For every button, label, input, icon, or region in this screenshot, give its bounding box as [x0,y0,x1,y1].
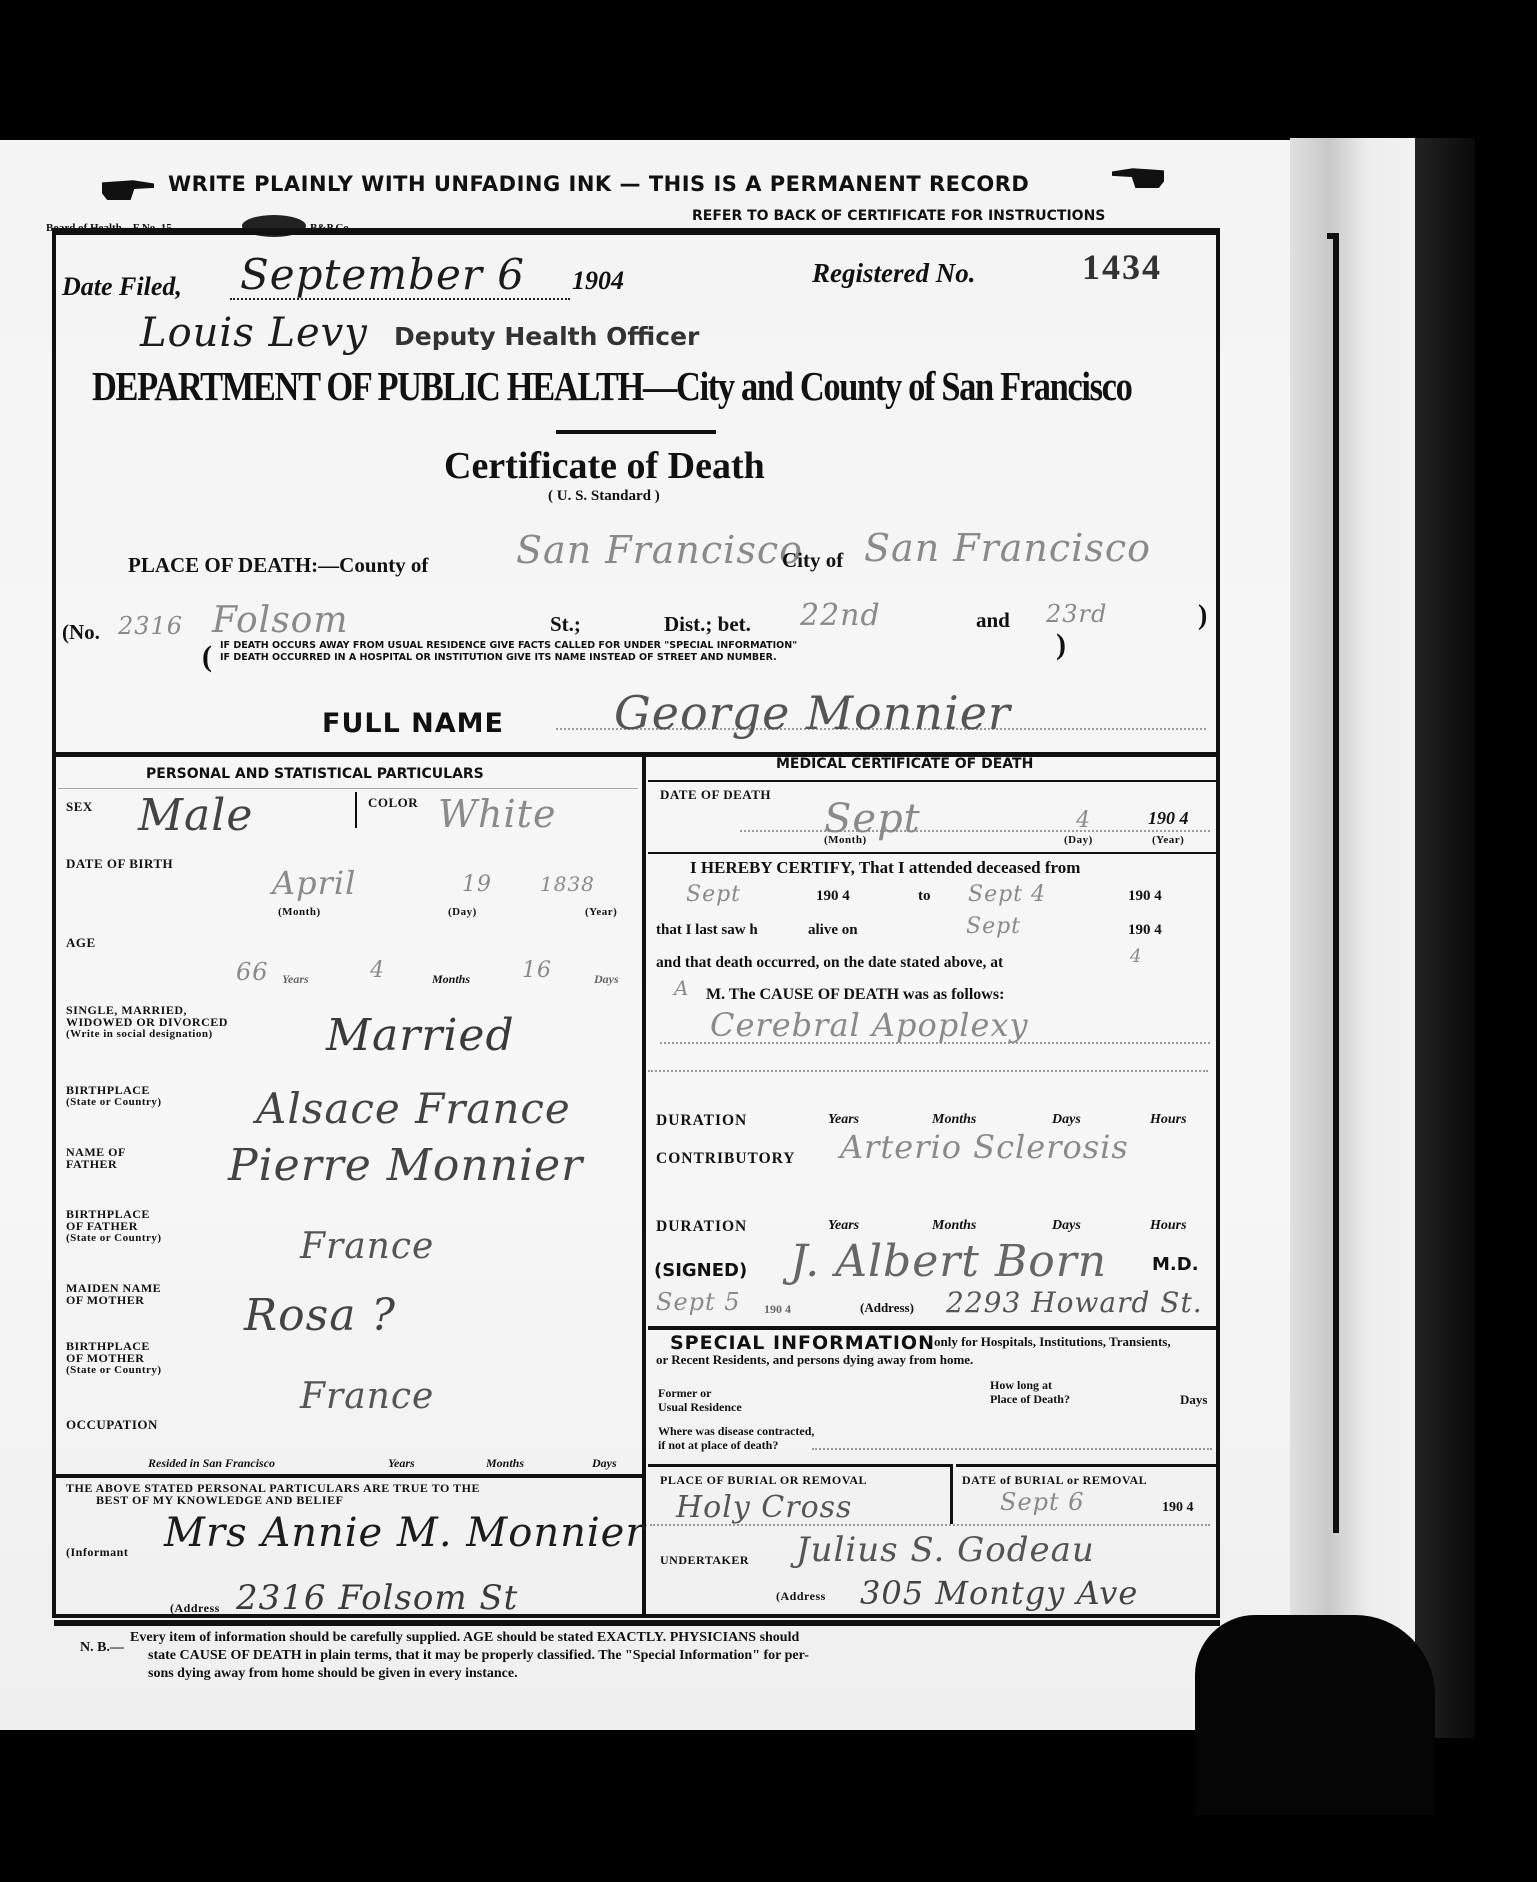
street-number-value: 2316 [118,612,183,640]
undertaker-address-label: (Address [776,1590,826,1603]
title-rule [556,430,716,434]
certificate-title: Certificate of Death [444,444,765,488]
duration2-days: Days [1052,1218,1081,1234]
md-label: M.D. [1152,1254,1199,1275]
dist-label: Dist.; bet. [664,612,751,637]
special-note-2: or Recent Residents, and persons dying a… [656,1352,973,1368]
age-days-caption: Days [594,972,619,987]
sex-value: Male [138,790,253,841]
signed-label: (SIGNED) [654,1260,747,1281]
nb-line-1: Every item of information should be care… [130,1630,799,1646]
death-occurred-label: and that death occurred, on the date sta… [656,954,1003,972]
paren-open: ( [202,640,212,674]
rule [648,1326,1216,1330]
burial-date-label: DATE of BURIAL or REMOVAL [962,1474,1147,1487]
certify-line: I HEREBY CERTIFY, That I attended deceas… [690,858,1080,878]
special-note-1: only for Hospitals, Institutions, Transi… [934,1334,1171,1350]
undertaker-name: Julius S. Godeau [796,1530,1095,1570]
contracted-label-1: Where was disease contracted, [658,1424,814,1439]
dod-month-caption: (Month) [824,834,867,847]
officer-title: Deputy Health Officer [394,322,699,351]
cause-value: Cerebral Apoplexy [710,1006,1029,1044]
age-months-caption: Months [432,972,470,987]
top-banner: WRITE PLAINLY WITH UNFADING INK — THIS I… [168,172,1029,196]
birthplace-label-2: (State or Country) [66,1096,162,1109]
contracted-label-2: if not at place of death? [658,1438,778,1453]
and-label: and [976,608,1010,633]
mother-label-2: OF MOTHER [66,1294,144,1307]
to-label: to [918,888,931,905]
mother-value: Rosa ? [244,1290,396,1341]
burial-place-label: PLACE OF BURIAL OR REMOVAL [660,1474,867,1487]
informant-label: (Informant [66,1546,128,1559]
signed-year: 190 4 [764,1302,791,1317]
column-divider [642,756,646,1616]
duration2-years: Years [828,1218,859,1234]
city-value: San Francisco [864,526,1151,570]
date-filed-year: 1904 [572,266,624,296]
registered-number: 1434 [1082,246,1162,288]
how-long-label-1: How long at [990,1378,1052,1393]
place-of-death-label: PLACE OF DEATH:—County of [128,553,428,578]
dod-day-caption: (Day) [1064,834,1093,847]
thumb-occlusion [1195,1615,1435,1815]
physician-address-label: (Address) [860,1300,914,1316]
mother-bp-value: France [300,1376,434,1417]
bottom-rule [54,1620,1220,1626]
rule [648,852,1216,854]
dod-label: DATE OF DEATH [660,788,771,801]
rule [648,780,1216,782]
medical-heading: MEDICAL CERTIFICATE OF DEATH [776,756,1033,772]
full-name-label: FULL NAME [322,708,504,739]
last-saw-year: 190 4 [1128,922,1162,939]
dod-line [740,830,1210,832]
meridiem: A [674,976,689,1000]
death-hour: 4 [1130,946,1142,967]
age-days: 16 [522,958,552,983]
rule [56,1474,644,1478]
contributory-value: Arterio Sclerosis [840,1128,1129,1166]
informant-address-label: (Address [170,1602,220,1615]
rule [956,1464,1216,1467]
duration2-months: Months [932,1218,976,1234]
resided-days: Days [592,1456,617,1471]
marital-label-3: (Write in social designation) [66,1028,213,1041]
father-value: Pierre Monnier [228,1140,583,1191]
department-title: DEPARTMENT OF PUBLIC HEALTH—City and Cou… [92,362,1132,410]
registered-label: Registered No. [812,258,975,289]
father-bp-value: France [300,1226,434,1267]
certificate-subtitle: ( U. S. Standard ) [548,488,660,505]
last-saw-date: Sept [966,914,1021,939]
rule [58,788,638,789]
personal-heading: PERSONAL AND STATISTICAL PARTICULARS [146,766,484,782]
birthplace-value: Alsace France [256,1084,571,1133]
nb-label: N. B.— [80,1640,124,1656]
certificate-frame [52,228,1220,1618]
dob-month: April [272,864,356,902]
how-long-label-2: Place of Death? [990,1392,1070,1407]
cause-label: M. The CAUSE OF DEATH was as follows: [706,986,1004,1004]
burial-year: 190 4 [1162,1500,1194,1516]
age-years-caption: Years [282,972,309,987]
dob-day-caption: (Day) [448,906,477,919]
dod-year-caption: (Year) [1152,834,1184,847]
st-label: St.; [550,612,581,637]
nb-line-2: state CAUSE OF DEATH in plain terms, tha… [148,1648,809,1664]
color-value: White [438,792,556,836]
officer-signature: Louis Levy [140,310,368,356]
nb-line-3: sons dying away from home should be give… [148,1666,518,1682]
age-label: AGE [66,936,96,949]
mother-bp-label-3: (State or Country) [66,1364,162,1377]
alive-on-label: alive on [808,922,858,939]
place-note-line1: IF DEATH OCCURS AWAY FROM USUAL RESIDENC… [220,640,797,651]
page-fold [1290,138,1420,1738]
physician-signature: J. Albert Born [790,1236,1107,1287]
resided-months: Months [486,1456,524,1471]
date-filed-line [230,298,570,300]
rule [648,1464,952,1467]
duration-days: Days [1052,1112,1081,1128]
father-label-2: FATHER [66,1158,117,1171]
age-years: 66 [236,958,269,986]
contracted-line [812,1448,1212,1450]
duration-months: Months [932,1112,976,1128]
dod-year: 190 4 [1148,808,1189,829]
undertaker-label: UNDERTAKER [660,1554,749,1567]
former-label-2: Usual Residence [658,1400,742,1415]
paren-close: ) [1198,600,1207,632]
dod-day: 4 [1076,808,1091,833]
dob-day: 19 [462,872,492,897]
instructions-note: REFER TO BACK OF CERTIFICATE FOR INSTRUC… [692,208,1105,224]
street-value: Folsom [212,600,348,641]
burial-date: Sept 6 [1000,1488,1085,1516]
section-divider [56,752,1216,757]
place-note-line2: IF DEATH OCCURRED IN A HOSPITAL OR INSTI… [220,652,777,663]
attest-line-2: BEST OF MY KNOWLEDGE AND BELIEF [96,1494,343,1507]
paren-close-2: ) [1056,628,1066,662]
duration-label: DURATION [656,1112,747,1130]
attended-from: Sept [686,882,741,907]
color-label: COLOR [368,796,418,809]
burial-place: Holy Cross [676,1490,852,1525]
cause-line [660,1042,1210,1044]
date-filed-value: September 6 [240,250,525,299]
date-filed-label: Date Filed, [62,272,182,302]
physician-address: 2293 Howard St. [946,1286,1203,1319]
dob-year-caption: (Year) [585,906,617,919]
resided-label: Resided in San Francisco [148,1456,275,1471]
binding-shadow [1415,138,1475,1738]
how-long-days: Days [1180,1392,1207,1408]
cause-line-2 [648,1070,1208,1072]
father-bp-label-3: (State or Country) [66,1232,162,1245]
age-months: 4 [370,958,385,983]
between-street-1: 22nd [800,598,881,633]
sex-color-divider [355,792,357,828]
signed-date: Sept 5 [656,1288,741,1316]
duration2-label: DURATION [656,1218,747,1236]
duration2-hours: Hours [1150,1218,1187,1234]
dob-label: DATE OF BIRTH [66,857,173,870]
sex-label: SEX [66,800,93,813]
contributory-label: CONTRIBUTORY [656,1150,796,1168]
dob-month-caption: (Month) [278,906,321,919]
street-no-label: (No. [62,620,100,645]
last-saw-label: that I last saw h [656,922,758,939]
between-street-2: 23rd [1046,600,1107,628]
informant-address: 2316 Folsom St [236,1578,518,1618]
occupation-label: OCCUPATION [66,1418,158,1431]
attended-to-year: 190 4 [1128,888,1162,905]
former-label-1: Former or [658,1386,711,1401]
burial-divider [950,1464,953,1524]
informant-name: Mrs Annie M. Monnier [164,1510,645,1556]
full-name-value: George Monnier [614,686,1011,740]
attended-from-year: 190 4 [816,888,850,905]
next-page-bracket [1333,233,1339,1533]
special-heading: SPECIAL INFORMATION [670,1332,935,1354]
attended-to: Sept 4 [968,882,1046,907]
duration-years: Years [828,1112,859,1128]
county-value: San Francisco [516,528,803,572]
resided-years: Years [388,1456,415,1471]
city-label: City of [782,548,843,573]
duration-hours: Hours [1150,1112,1187,1128]
undertaker-address: 305 Montgy Ave [860,1574,1138,1612]
burial-line [650,1524,1210,1526]
marital-value: Married [326,1010,515,1061]
dob-year: 1838 [540,872,595,896]
